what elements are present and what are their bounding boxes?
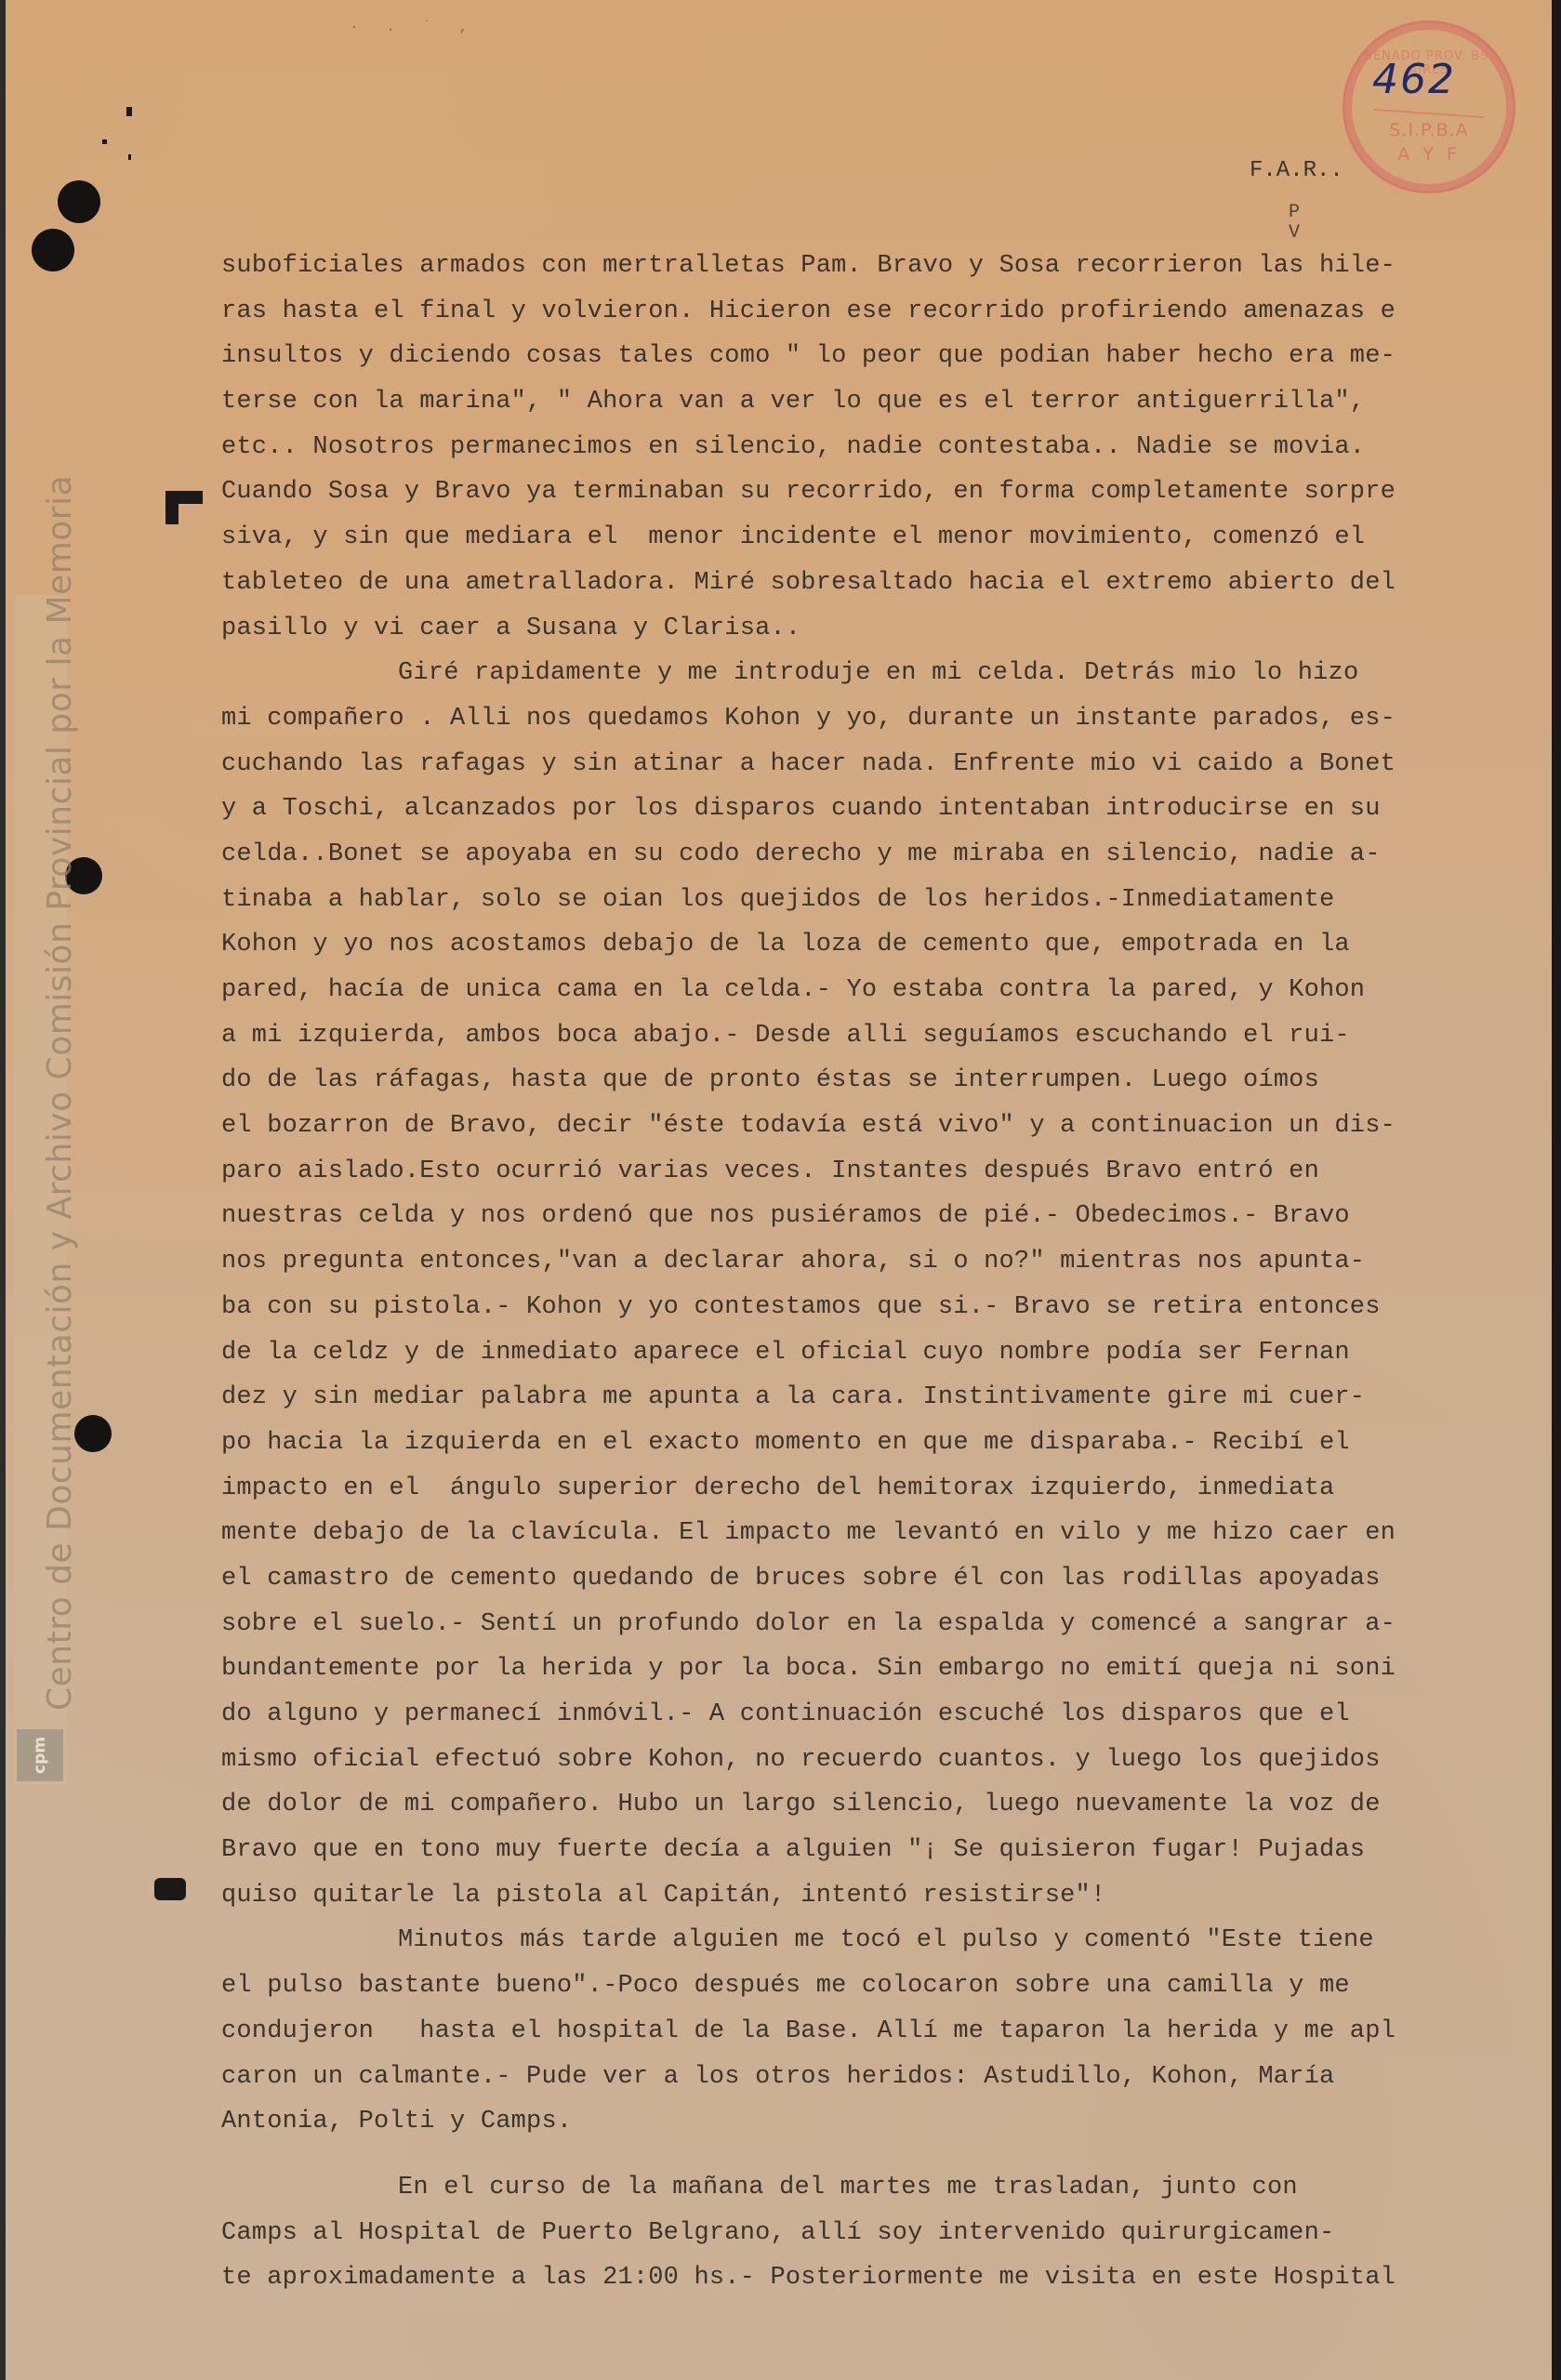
text-line: siva, y sin que mediara el menor inciden… bbox=[221, 515, 1393, 561]
top-faint-marks: · . ˙ , bbox=[350, 19, 477, 35]
stamp-line-1: S.I.P.B.A bbox=[1345, 120, 1513, 140]
text-line: tinaba a hablar, solo se oian los quejid… bbox=[221, 878, 1393, 923]
punch-hole bbox=[58, 180, 100, 223]
text-line: do de las ráfagas, hasta que de pronto é… bbox=[221, 1058, 1393, 1104]
text-line: mente debajo de la clavícula. El impacto… bbox=[221, 1511, 1393, 1556]
text-line: cuchando las rafagas y sin atinar a hace… bbox=[221, 742, 1393, 787]
text-line: celda..Bonet se apoyaba en su codo derec… bbox=[221, 832, 1393, 878]
text-line: a mi izquierda, ambos boca abajo.- Desde… bbox=[221, 1013, 1393, 1059]
text-line: sobre el suelo.- Sentí un profundo dolor… bbox=[221, 1602, 1393, 1647]
text-line: de la celdz y de inmediato aparece el of… bbox=[221, 1330, 1393, 1376]
text-line: el camastro de cemento quedando de bruce… bbox=[221, 1556, 1393, 1602]
text-line: condujeron hasta el hospital de la Base.… bbox=[221, 2009, 1393, 2055]
margin-initial: V bbox=[1285, 223, 1303, 244]
punch-hole bbox=[74, 1415, 112, 1452]
stamp-divider bbox=[1373, 109, 1485, 118]
margin-initials: P V bbox=[1285, 203, 1303, 244]
text-line: ras hasta el final y volvieron. Hicieron… bbox=[221, 289, 1393, 335]
text-line: Antonia, Polti y Camps. bbox=[221, 2099, 1393, 2145]
text-line: Camps al Hospital de Puerto Belgrano, al… bbox=[221, 2211, 1393, 2256]
text-line: Kohon y yo nos acostamos debajo de la lo… bbox=[221, 922, 1393, 968]
text-line: tableteo de una ametralladora. Miré sobr… bbox=[221, 561, 1393, 606]
text-line: impacto en el ángulo superior derecho de… bbox=[221, 1466, 1393, 1512]
stamp-line-2: A Y F bbox=[1345, 144, 1513, 165]
archive-watermark-text: Centro de Documentación y Archivo Comisi… bbox=[41, 475, 79, 1711]
text-line: Cuando Sosa y Bravo ya terminaban su rec… bbox=[221, 469, 1393, 515]
folio-number: 462 bbox=[1372, 56, 1456, 103]
paragraph-first-line: Giré rapidamente y me introduje en mi ce… bbox=[221, 651, 1393, 696]
text-line: etc.. Nosotros permanecimos en silencio,… bbox=[221, 425, 1393, 470]
ink-blot bbox=[165, 491, 179, 524]
text-line: mi compañero . Alli nos quedamos Kohon y… bbox=[221, 696, 1393, 742]
text-line: el bozarron de Bravo, decir "éste todaví… bbox=[221, 1104, 1393, 1149]
text-line: terse con la marina", " Ahora van a ver … bbox=[221, 379, 1393, 425]
paragraph-gap bbox=[221, 2145, 1393, 2165]
document-page: · . ˙ , Centro de Documentación y Archiv… bbox=[6, 0, 1552, 2380]
text-line: suboficiales armados con mertralletas Pa… bbox=[221, 244, 1393, 289]
text-line: pared, hacía de unica cama en la celda.-… bbox=[221, 968, 1393, 1013]
text-line: do alguno y permanecí inmóvil.- A contin… bbox=[221, 1692, 1393, 1738]
ink-speck bbox=[128, 154, 131, 160]
margin-initial: P bbox=[1285, 203, 1303, 223]
text-line: insultos y diciendo cosas tales como " l… bbox=[221, 334, 1393, 379]
paragraph-first-line: Minutos más tarde alguien me tocó el pul… bbox=[221, 1918, 1393, 1963]
ink-speck bbox=[102, 139, 107, 144]
text-line: po hacia la izquierda en el exacto momen… bbox=[221, 1421, 1393, 1466]
text-line: el pulso bastante bueno".-Poco después m… bbox=[221, 1963, 1393, 2009]
ink-blot bbox=[154, 1878, 186, 1900]
text-line: te aproximadamente a las 21:00 hs.- Post… bbox=[221, 2255, 1393, 2301]
text-line: dez y sin mediar palabra me apunta a la … bbox=[221, 1375, 1393, 1421]
archive-stamp: SENADO PROV. BS. AIRES S.I.P.B.A A Y F bbox=[1343, 20, 1515, 193]
cpm-logo-badge: cpm bbox=[17, 1729, 63, 1781]
text-line: de dolor de mi compañero. Hubo un largo … bbox=[221, 1782, 1393, 1828]
paragraph-first-line: En el curso de la mañana del martes me t… bbox=[221, 2165, 1393, 2211]
text-line: caron un calmante.- Pude ver a los otros… bbox=[221, 2055, 1393, 2100]
header-code: F.A.R.. bbox=[1250, 158, 1343, 183]
text-line: paro aislado.Esto ocurrió varias veces. … bbox=[221, 1149, 1393, 1195]
text-line: pasillo y vi caer a Susana y Clarisa.. bbox=[221, 606, 1393, 652]
text-line: quiso quitarle la pistola al Capitán, in… bbox=[221, 1873, 1393, 1919]
text-line: mismo oficial efectuó sobre Kohon, no re… bbox=[221, 1738, 1393, 1783]
scan-right-edge bbox=[1552, 0, 1561, 2380]
text-line: bundantemente por la herida y por la boc… bbox=[221, 1646, 1393, 1692]
punch-hole bbox=[32, 229, 74, 271]
text-line: nuestras celda y nos ordenó que nos pusi… bbox=[221, 1194, 1393, 1239]
text-line: Bravo que en tono muy fuerte decía a alg… bbox=[221, 1828, 1393, 1873]
text-line: y a Toschi, alcanzados por los disparos … bbox=[221, 787, 1393, 832]
typewritten-body: suboficiales armados con mertralletas Pa… bbox=[221, 244, 1393, 2301]
ink-speck bbox=[126, 107, 132, 116]
text-line: nos pregunta entonces,"van a declarar ah… bbox=[221, 1239, 1393, 1285]
text-line: ba con su pistola.- Kohon y yo contestam… bbox=[221, 1285, 1393, 1330]
